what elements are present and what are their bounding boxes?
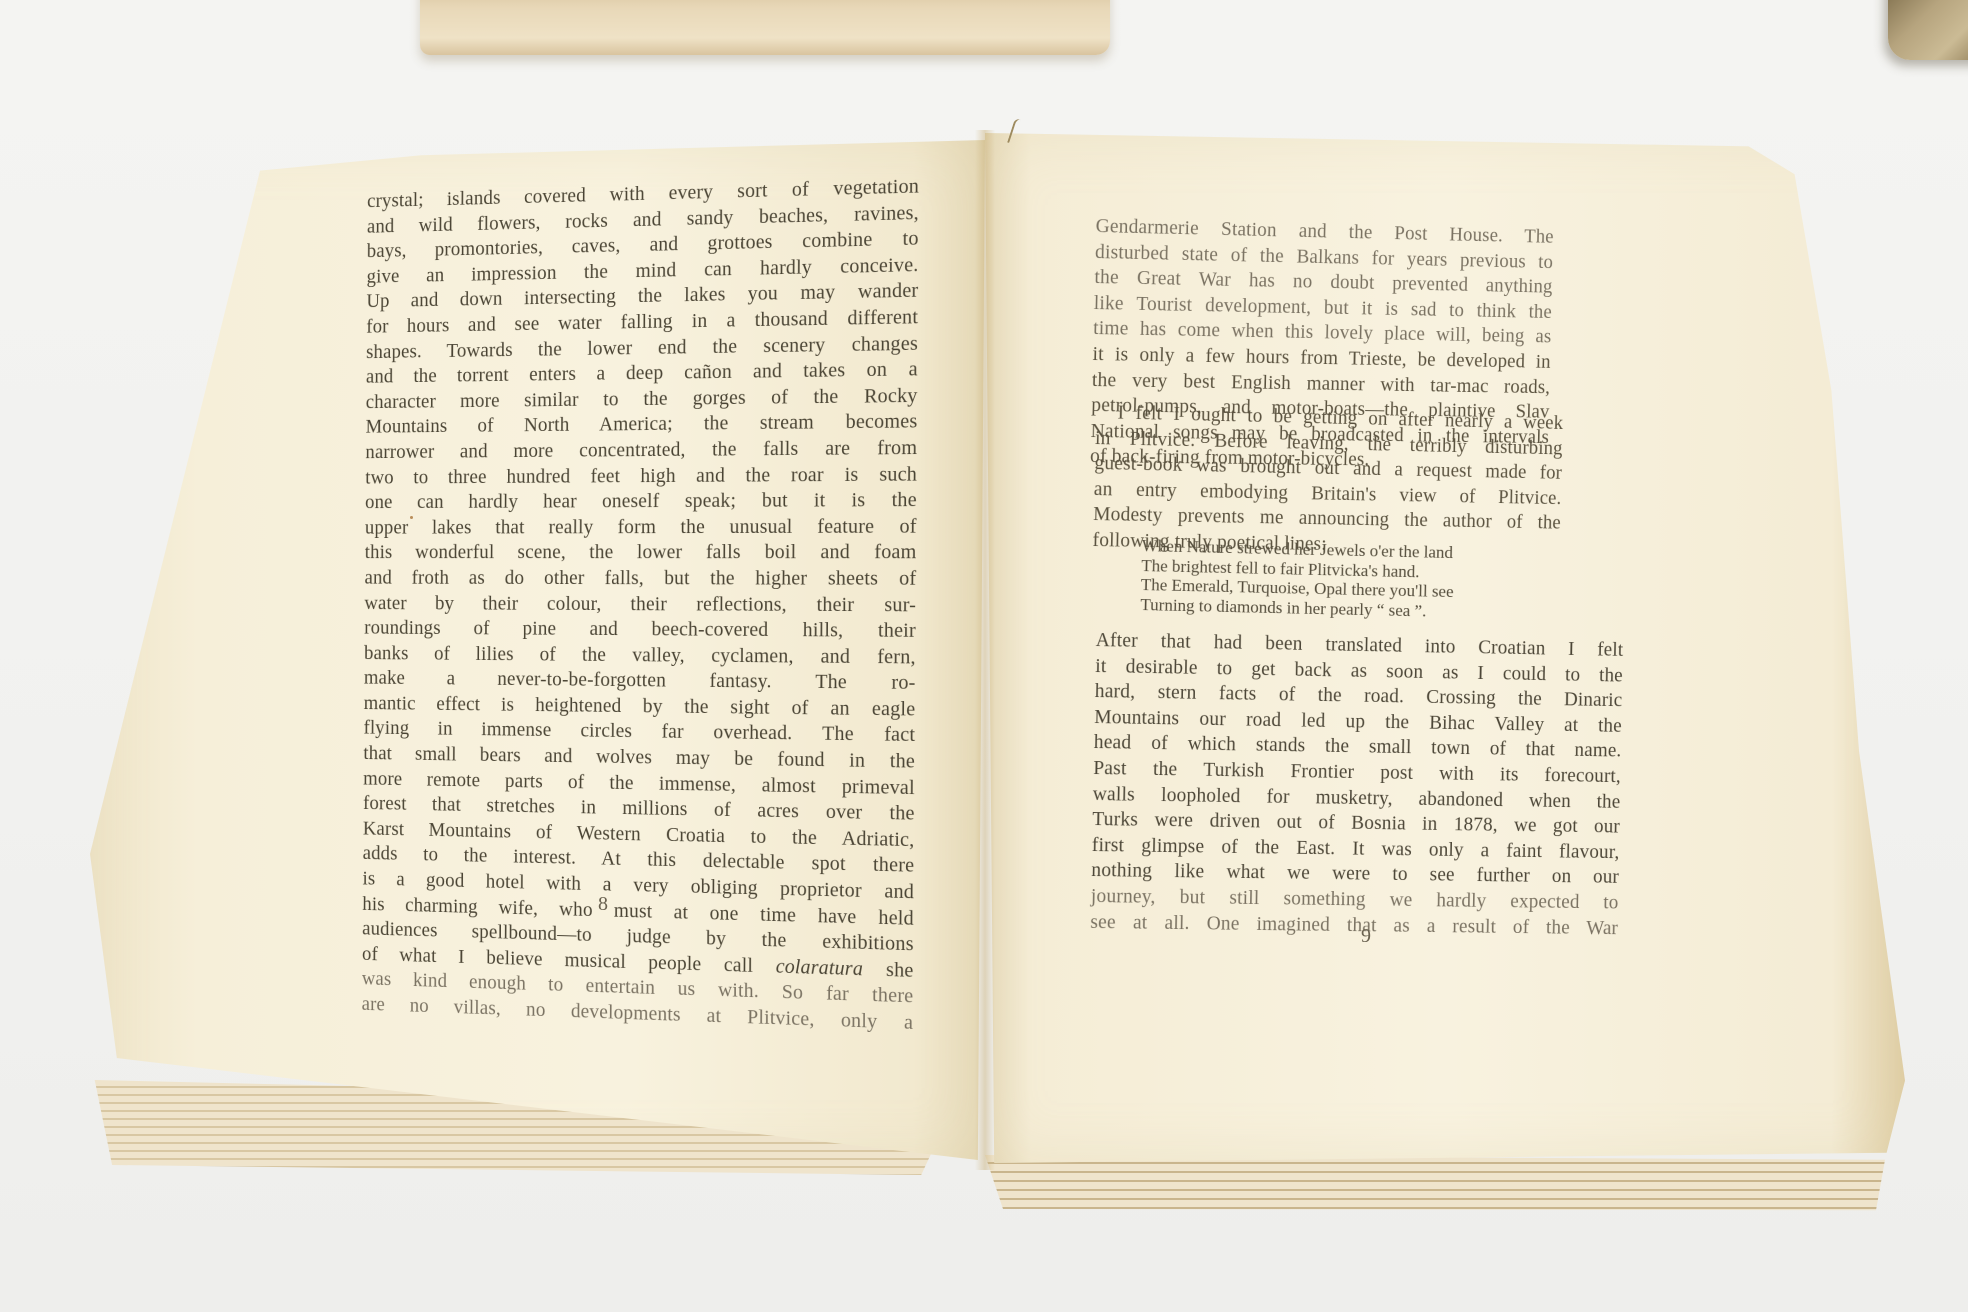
text-line: two to three hundred feet high and the r… [365, 462, 917, 491]
text-line: narrower and more concentrated, the fall… [365, 436, 917, 466]
open-book: crystal; islands covered with every sort… [0, 0, 1968, 1312]
text-line: roundings of pine and beech-covered hill… [364, 616, 916, 645]
poem-block: When Nature strewed her Jewels o'er the … [1140, 536, 1582, 624]
italic-term: colaratura [776, 956, 863, 980]
text-line: water by their colour, their reflections… [364, 591, 916, 619]
text-line: and froth as do other falls, but the hig… [364, 566, 916, 593]
text-line: upper lakes that really form the unusual… [365, 514, 917, 541]
text-segment: she [863, 959, 914, 982]
right-page-stack-edge [985, 1155, 1885, 1215]
text-line: one can hardly hear oneself speak; but i… [365, 488, 917, 516]
book-gutter [975, 130, 995, 1170]
right-page-paragraph-3: After that had been translated into Croa… [1090, 628, 1623, 941]
left-page-body: crystal; islands covered with every sort… [362, 174, 920, 1037]
text-line: this wonderful scene, the lower falls bo… [365, 540, 917, 566]
page-number-left: 8 [598, 893, 608, 916]
page-number-right: 9 [1361, 925, 1371, 948]
